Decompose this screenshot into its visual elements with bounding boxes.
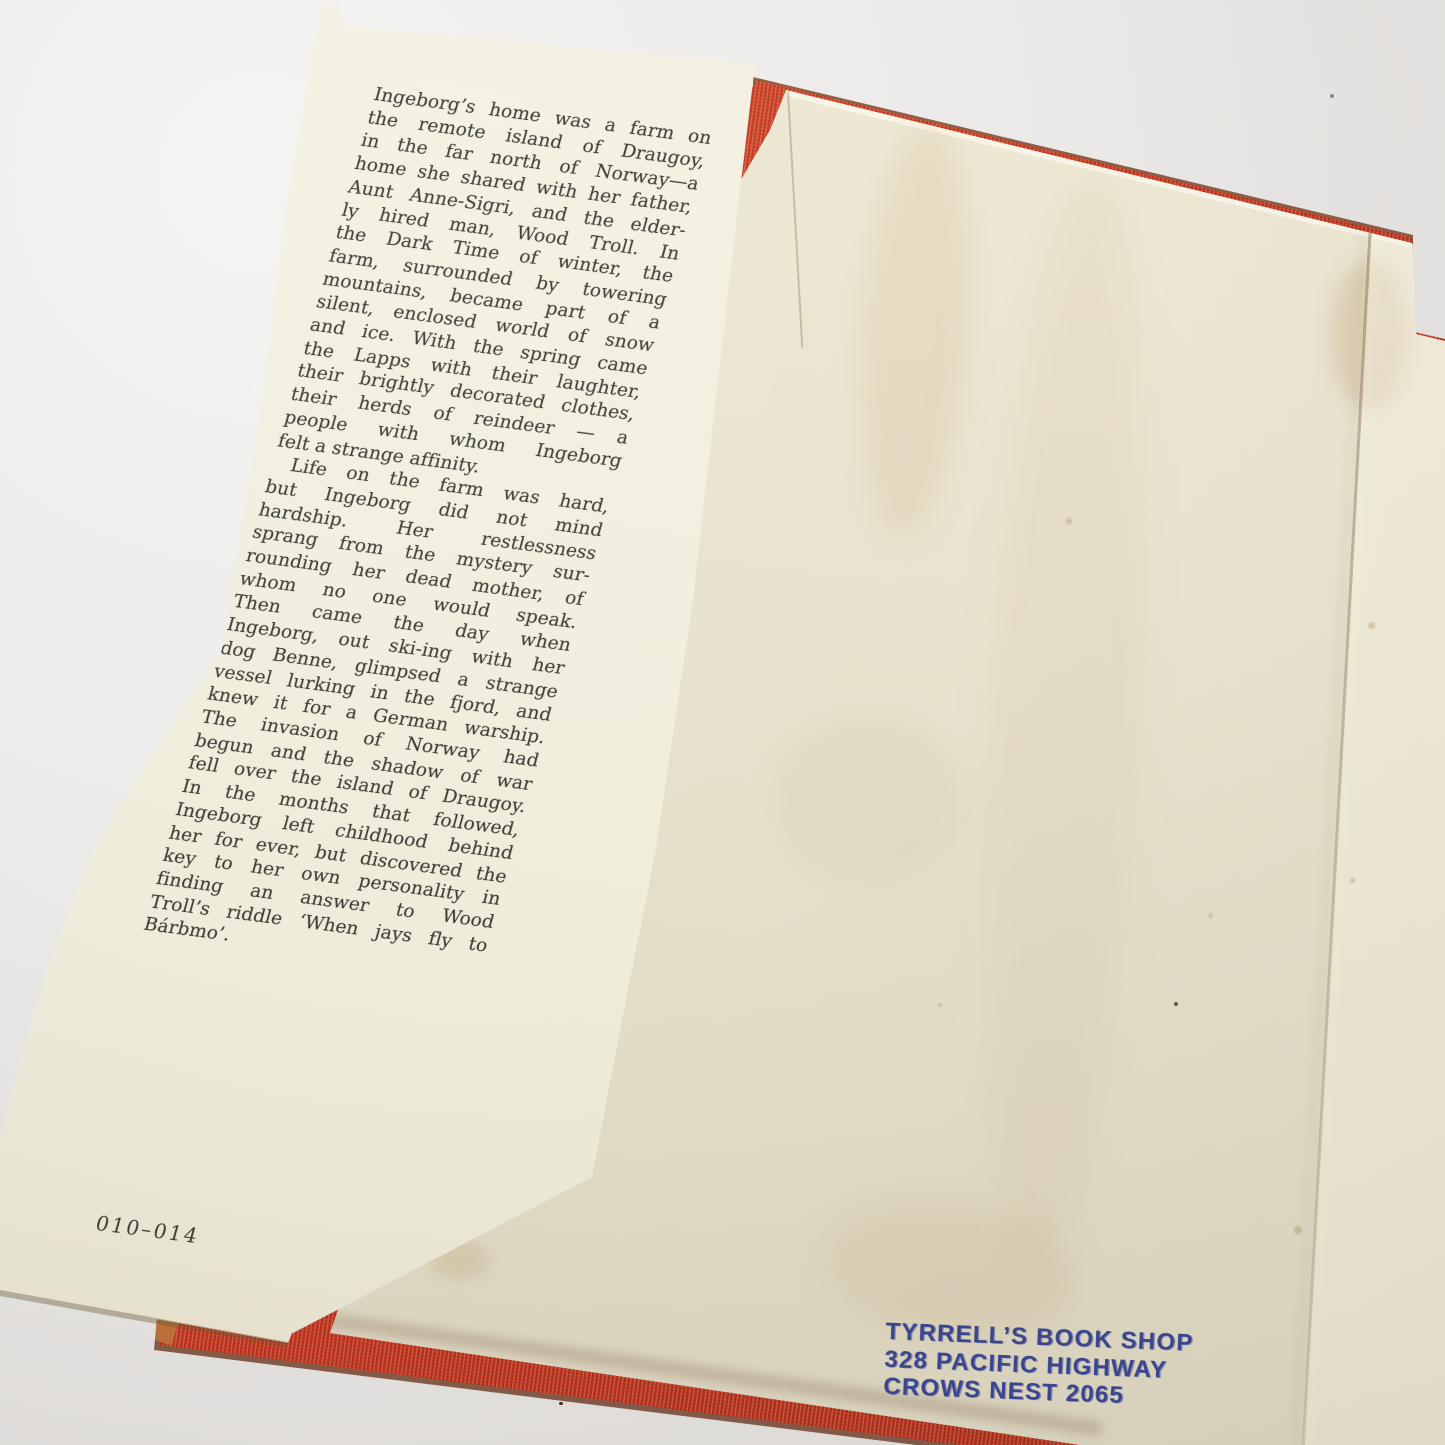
foxing-spot [938, 1003, 942, 1007]
background-speck [1330, 94, 1334, 98]
foxing-spot [1350, 878, 1355, 883]
foxing-spot [1294, 1226, 1302, 1234]
cover-fleck [559, 1402, 563, 1405]
tanning-stain [961, 167, 1168, 1273]
tanning-stain [780, 720, 960, 880]
foxing-spot [1066, 518, 1072, 524]
printers-code: 010–014 [93, 1211, 202, 1248]
dark-speck [1174, 1002, 1178, 1006]
open-book-photo: TYRRELL’S BOOK SHOP328 PACIFIC HIGHWAYCR… [0, 0, 1445, 1445]
flap-blurb-text: Ingeborg’s home was a farm onthe remote … [141, 83, 715, 981]
bookshop-stamp: TYRRELL’S BOOK SHOP328 PACIFIC HIGHWAYCR… [883, 1318, 1194, 1412]
tanning-stain [845, 117, 984, 544]
page-corner-edge [787, 92, 803, 348]
foxing-spot [1208, 913, 1213, 918]
foxing-spot [1368, 622, 1375, 629]
